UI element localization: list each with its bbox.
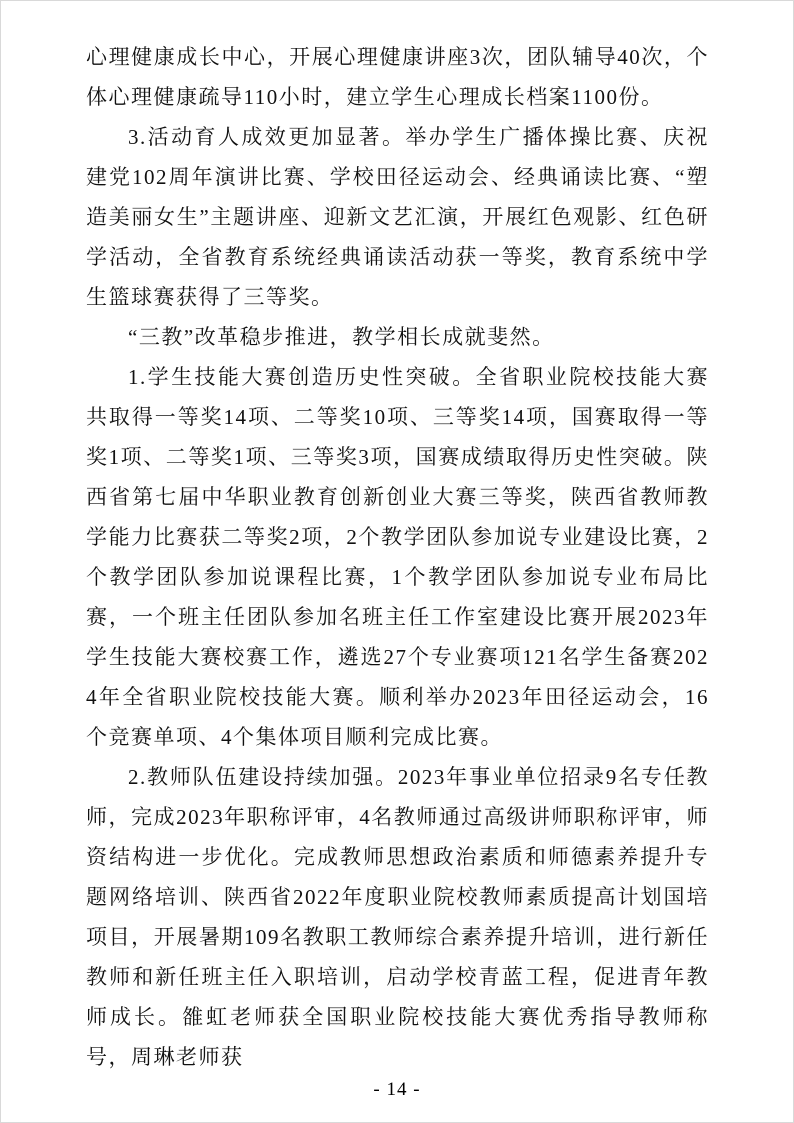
paragraph-student-skills-competition: 1.学生技能大赛创造历史性突破。全省职业院校技能大赛共取得一等奖14项、二等奖1… <box>86 357 709 757</box>
paragraph-teacher-team-building: 2.教师队伍建设持续加强。2023年事业单位招录9名专任教师，完成2023年职称… <box>86 757 709 1077</box>
document-body: 心理健康成长中心，开展心理健康讲座3次，团队辅导40次，个体心理健康疏导110小… <box>86 37 709 1077</box>
paragraph-three-teachings: “三教”改革稳步推进，教学相长成就斐然。 <box>86 317 709 357</box>
paragraph-activity-education: 3.活动育人成效更加显著。举办学生广播体操比赛、庆祝建党102周年演讲比赛、学校… <box>86 117 709 317</box>
document-page: 心理健康成长中心，开展心理健康讲座3次，团队辅导40次，个体心理健康疏导110小… <box>0 0 794 1123</box>
paragraph-continuation: 心理健康成长中心，开展心理健康讲座3次，团队辅导40次，个体心理健康疏导110小… <box>86 37 709 117</box>
page-number: - 14 - <box>1 1078 793 1102</box>
